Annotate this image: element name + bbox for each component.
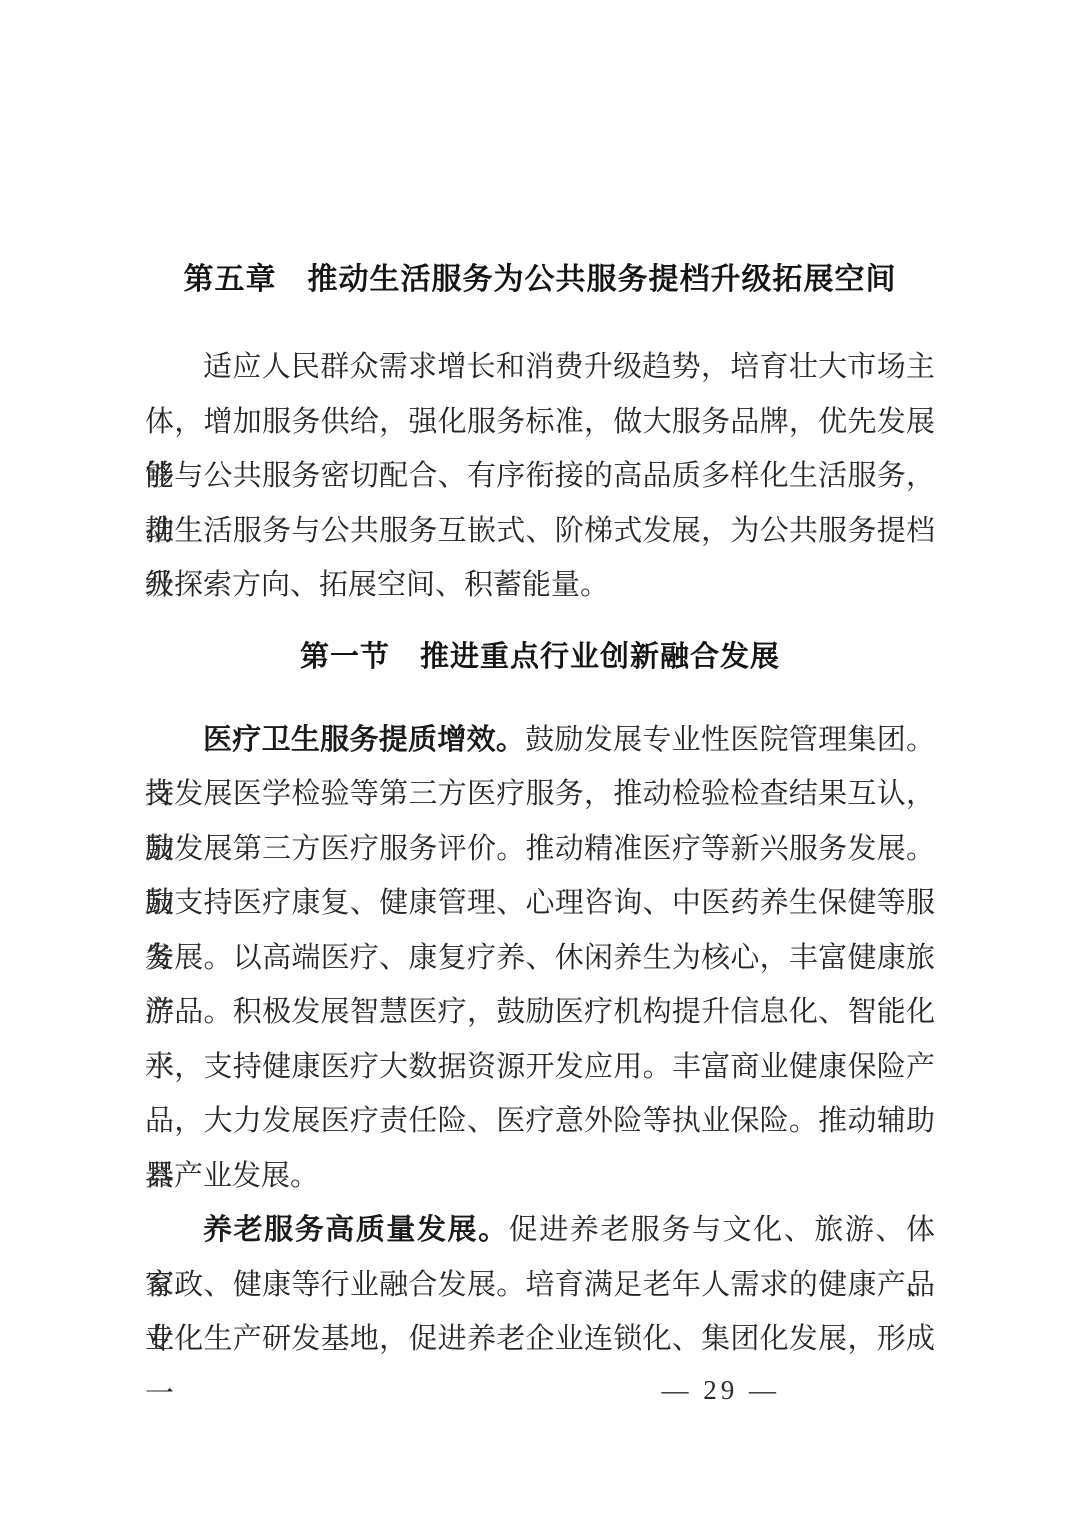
text-line: 具产业发展。 — [145, 1149, 935, 1204]
text-line: 品，大力发展医疗责任险、医疗意外险等执业保险。推动辅助器 — [145, 1094, 935, 1149]
text-line: 励支持医疗康复、健康管理、心理咨询、中医药养生保健等服务 — [145, 876, 935, 931]
text-line: 持发展医学检验等第三方医疗服务，推动检验检查结果互认，鼓 — [145, 767, 935, 822]
paragraph-lead-eldercare: 养老服务高质量发展。 — [203, 1214, 509, 1246]
text-line: 适应人民群众需求增长和消费升级趋势，培育壮大市场主 — [145, 340, 935, 395]
text-line: 平，支持健康医疗大数据资源开发应用。丰富商业健康保险产 — [145, 1040, 935, 1095]
paragraph-lead-medical: 医疗卫生服务提质增效。 — [203, 724, 525, 756]
text-line: 产品。积极发展智慧医疗，鼓励医疗机构提升信息化、智能化水 — [145, 985, 935, 1040]
text-line: 体，增加服务供给，强化服务标准，做大服务品牌，优先发展能 — [145, 395, 935, 450]
text-line: 级探索方向、拓展空间、积蓄能量。 — [145, 558, 935, 613]
chapter-title: 第五章 推动生活服务为公共服务提档升级拓展空间 — [145, 262, 935, 298]
text-line: 发展。以高端医疗、康复疗养、休闲养生为核心，丰富健康旅游 — [145, 931, 935, 986]
text-line: 养老服务高质量发展。促进养老服务与文化、旅游、体育、 — [145, 1203, 935, 1258]
text-line: 业化生产研发基地，促进养老企业连锁化、集团化发展，形成一 — [145, 1312, 935, 1367]
paragraph-eldercare-services: 养老服务高质量发展。促进养老服务与文化、旅游、体育、 家政、健康等行业融合发展。… — [145, 1203, 935, 1367]
section-title: 第一节 推进重点行业创新融合发展 — [145, 639, 935, 675]
text-line: 够与公共服务密切配合、有序衔接的高品质多样化生活服务，推 — [145, 449, 935, 504]
page-number: — 29 — — [145, 1373, 935, 1407]
text-line: 家政、健康等行业融合发展。培育满足老年人需求的健康产品专 — [145, 1258, 935, 1313]
text-line: 动生活服务与公共服务互嵌式、阶梯式发展，为公共服务提档升 — [145, 504, 935, 559]
text-line: 医疗卫生服务提质增效。鼓励发展专业性医院管理集团。支 — [145, 713, 935, 768]
paragraph-medical-services: 医疗卫生服务提质增效。鼓励发展专业性医院管理集团。支 持发展医学检验等第三方医疗… — [145, 713, 935, 1204]
paragraph-intro: 适应人民群众需求增长和消费升级趋势，培育壮大市场主 体，增加服务供给，强化服务标… — [145, 340, 935, 613]
text-line: 励发展第三方医疗服务评价。推动精准医疗等新兴服务发展。鼓 — [145, 822, 935, 877]
document-page: 第五章 推动生活服务为公共服务提档升级拓展空间 适应人民群众需求增长和消费升级趋… — [0, 0, 1080, 1527]
